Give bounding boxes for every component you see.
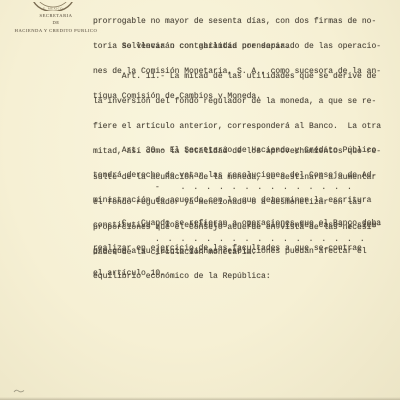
text-line: Art. 11.- La mitad de las utilidades que… [93, 73, 400, 81]
text-line: tendrá derecho de vetar las resoluciones… [93, 172, 400, 180]
text-line: el artículo 10. [93, 270, 400, 278]
document-page: E. MEXICO SECRETARIA DE HACIENDA Y CREDI… [0, 0, 400, 400]
paragraph-inciso-c: C.- Cuando se refieran a operaciones que… [93, 203, 400, 295]
text-line: realizar en ejercicio de las facultades … [93, 245, 400, 253]
letterhead-line: DE [6, 19, 106, 26]
seal-icon: E. MEXICO [30, 0, 76, 11]
text-line: la inversión del fondo regulador de la m… [93, 98, 400, 106]
text-line: C.- Cuando se refieran a operaciones que… [93, 220, 400, 228]
svg-text:E. MEXICO: E. MEXICO [43, 7, 63, 11]
text-line: Art. 30.- El Secretario de Hacienda y Cr… [93, 147, 400, 155]
letterhead: SECRETARIA DE HACIENDA Y CREDITO PUBLICO [6, 12, 106, 34]
letterhead-line: SECRETARIA [6, 12, 106, 19]
letterhead-line: HACIENDA Y CREDITO PUBLICO [6, 27, 106, 34]
dotted-separator: . . . . . . . . . . . . . . . . . [155, 236, 366, 244]
document-body: prorrogable no mayor de sesenta días, co… [93, 0, 400, 143]
dotted-separator: - . . . . . . . . . . . . . . [155, 184, 353, 192]
text-line: prorrogable no mayor de sesenta días, co… [93, 18, 400, 26]
text-line: Se llevarán contabilidad por separado de… [93, 43, 400, 51]
